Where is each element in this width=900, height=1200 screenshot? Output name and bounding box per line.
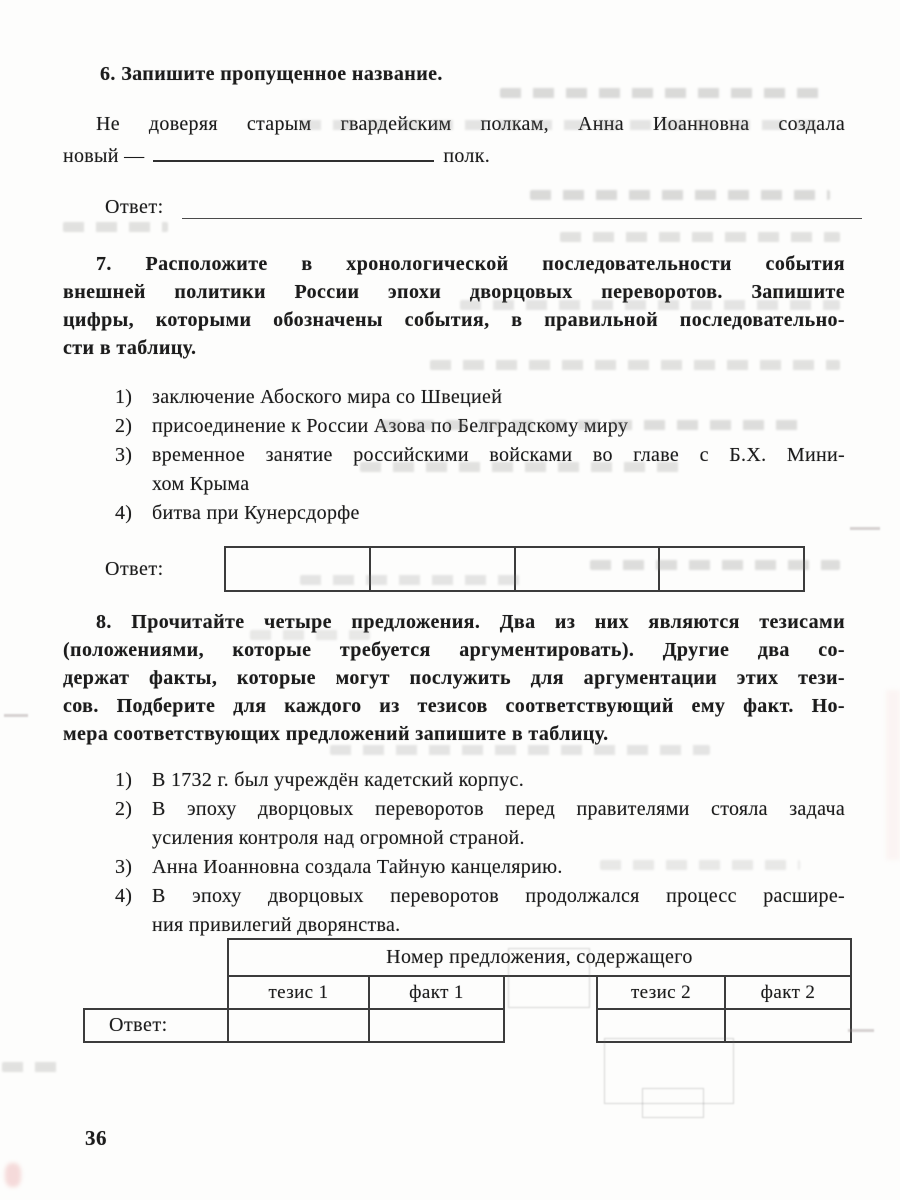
bleed-box-artifact (604, 1038, 734, 1104)
answer-cell (724, 1008, 852, 1043)
item-text: заключение Абоского мира со Швецией (152, 383, 845, 412)
bleed-artifact (500, 88, 830, 98)
item-number: 3) (115, 853, 152, 882)
item-number: 4) (115, 882, 152, 940)
q8-stem-line: 8. Прочитайте четыре предложения. Два из… (63, 608, 845, 636)
list-item: 3) Анна Иоанновна создала Тайную канцеля… (115, 853, 845, 882)
workbook-page: 6. Запишите пропущенное название. Не дов… (0, 0, 900, 1200)
q7-list: 1) заключение Абоского мира со Швецией 2… (115, 383, 845, 528)
q7-stem: 7. Расположите в хронологической последо… (63, 250, 845, 362)
q6-title: 6. Запишите пропущенное название. (100, 60, 845, 88)
list-item: 3) временное занятие российскими войскам… (115, 441, 845, 499)
q8-stem-line: (положениями, которые требуется аргумент… (63, 636, 845, 664)
q8-col-fact-2: факт 2 (724, 975, 852, 1010)
bleed-artifact (2, 1062, 60, 1072)
pink-smudge (886, 690, 900, 860)
q8-stem: 8. Прочитайте четыре предложения. Два из… (63, 608, 845, 748)
q7-stem-line: внешней политики России эпохи дворцовых … (63, 278, 845, 306)
item-text: Анна Иоанновна создала Тайную канцелярию… (152, 853, 845, 882)
q6-paragraph: Не доверяя старым гвардейским полкам, Ан… (63, 110, 845, 170)
item-number: 2) (115, 412, 152, 441)
q6-paragraph-line2: новый —полк. (63, 142, 845, 170)
q7-answer-label: Ответ: (105, 558, 164, 581)
q6-answer-label: Ответ: (105, 196, 182, 219)
q6-answer-row: Ответ: (105, 196, 862, 219)
item-number: 4) (115, 499, 152, 528)
item-text: битва при Кунерсдорфе (152, 499, 845, 528)
edge-mark (4, 714, 28, 717)
q7-answer-table (224, 546, 805, 592)
item-text: В эпоху дворцовых переворотов продолжалс… (152, 882, 845, 940)
q8-stem-line: мера соответствующих предложений запишит… (63, 720, 845, 748)
item-number: 2) (115, 795, 152, 853)
item-text: временное занятие российскими войсками в… (152, 441, 845, 499)
q8-col-thesis-1: тезис 1 (227, 975, 370, 1010)
list-item: 1) заключение Абоского мира со Швецией (115, 383, 845, 412)
q6-answer-line (182, 196, 862, 219)
item-number: 3) (115, 441, 152, 499)
answer-cell (514, 548, 659, 590)
list-item: 4) В эпоху дворцовых переворотов продолж… (115, 882, 845, 940)
bleed-artifact (560, 232, 840, 242)
q6-blank-line (153, 142, 434, 162)
item-number: 1) (115, 383, 152, 412)
q6-line2-suffix: полк. (443, 145, 490, 167)
q8-stem-line: сов. Подберите для каждого из тезисов со… (63, 692, 845, 720)
answer-cell (226, 548, 369, 590)
item-text: В 1732 г. был учреждён кадетский корпус. (152, 766, 845, 795)
q8-col-fact-1: факт 1 (368, 975, 505, 1010)
bleed-artifact (63, 222, 168, 232)
list-item: 2) В эпоху дворцовых переворотов перед п… (115, 795, 845, 853)
answer-cell (368, 1008, 505, 1043)
q8-table-header-cell: Номер предложения, содержащего (227, 938, 852, 977)
q7-stem-line: цифры, которыми обозначены события, в пр… (63, 306, 845, 334)
list-item: 4) битва при Кунерсдорфе (115, 499, 845, 528)
item-text: присоединение к России Азова по Белградс… (152, 412, 845, 441)
answer-cell (658, 548, 803, 590)
q6-line2-prefix: новый — (63, 145, 144, 167)
q8-answer-box: Ответ: (83, 1008, 229, 1043)
q7-stem-line: 7. Расположите в хронологической последо… (63, 250, 845, 278)
answer-cell (227, 1008, 370, 1043)
item-number: 1) (115, 766, 152, 795)
pink-smudge (5, 1163, 21, 1187)
q7-stem-line: сти в таблицу. (63, 334, 845, 362)
q8-col-thesis-2: тезис 2 (596, 975, 726, 1010)
edge-mark (850, 527, 880, 530)
list-item: 2) присоединение к России Азова по Белгр… (115, 412, 845, 441)
answer-cell (369, 548, 514, 590)
q6-paragraph-line1: Не доверяя старым гвардейским полкам, Ан… (63, 110, 845, 138)
list-item: 1) В 1732 г. был учреждён кадетский корп… (115, 766, 845, 795)
q8-stem-line: держат факты, которые могут послужить дл… (63, 664, 845, 692)
q8-list: 1) В 1732 г. был учреждён кадетский корп… (115, 766, 845, 940)
item-text: В эпоху дворцовых переворотов перед прав… (152, 795, 845, 853)
bleed-box-artifact (642, 1088, 704, 1118)
answer-cell (596, 1008, 726, 1043)
page-number: 36 (85, 1126, 107, 1151)
